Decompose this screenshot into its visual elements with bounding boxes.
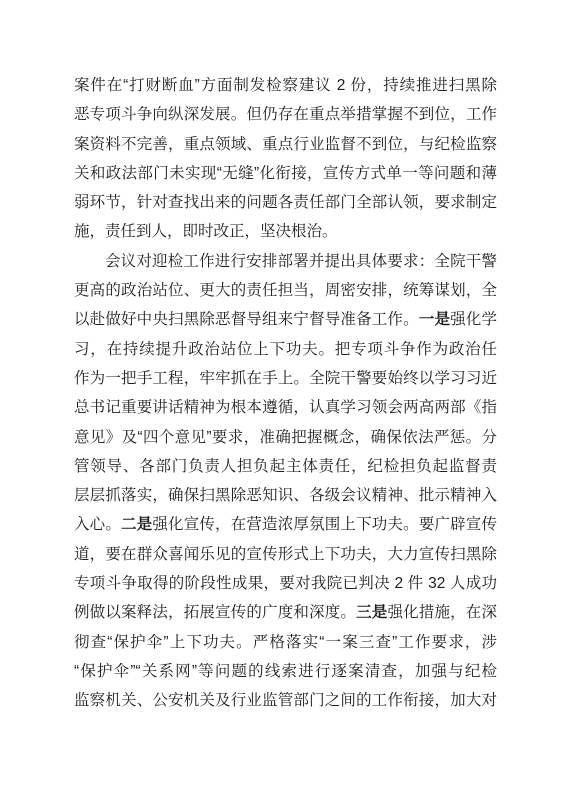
text-segment: 强化学 bbox=[450, 311, 497, 328]
text-line-21: “保护伞”“关系网”等问题的线索进行逐案清查，加强与纪检 bbox=[74, 657, 497, 686]
text-segment: 会议对迎检工作进行安排部署并提出具体要求：全院干警以 bbox=[105, 253, 497, 276]
text-segment: 道，要在群众喜闻乐见的宣传形式上下功夫，大力宣传扫黑除恶 bbox=[74, 546, 497, 569]
text-segment: 例做以案释法，拓展宣传的广度和深度。 bbox=[74, 604, 356, 621]
text-segment: 关和政法部门未实现“无缝”化衔接，宣传方式单一等问题和薄 bbox=[74, 165, 497, 182]
text-line-5: 弱环节，针对查找出来的问题各责任部门全部认领，要求制定措 bbox=[74, 188, 497, 217]
text-segment: “保护伞”“关系网”等问题的线索进行逐案清查，加强与纪检 bbox=[74, 663, 497, 680]
text-line-8: 更高的政治站位、更大的责任担当，周密安排，统筹谋划，全力 bbox=[74, 276, 497, 305]
text-line-16: 入心。二是强化宣传，在营造浓厚氛围上下功夫。要广辟宣传渠 bbox=[74, 510, 497, 539]
bold-text-segment: 三是 bbox=[356, 604, 387, 621]
text-line-10: 习，在持续提升政治站位上下功夫。把专项斗争作为政治任务， bbox=[74, 335, 497, 364]
text-line-14: 管领导、各部门负责人担负起主体责任，纪检担负起监督责任， bbox=[74, 452, 497, 481]
text-line-13: 意见》及“四个意见”要求，准确把握概念，确保依法严惩。分 bbox=[74, 423, 497, 452]
text-segment: 案件在“打财断血”方面制发检察建议 2 份，持续推进扫黑除 bbox=[74, 77, 497, 94]
text-line-9: 以赴做好中央扫黑除恶督导组来宁督导准备工作。一是强化学 bbox=[74, 305, 497, 334]
text-line-20: 彻查“保护伞”上下功夫。严格落实“一案三查”工作要求，涉 bbox=[74, 628, 497, 657]
text-segment: 彻查“保护伞”上下功夫。严格落实“一案三查”工作要求，涉 bbox=[74, 634, 497, 651]
text-segment: 总书记重要讲话精神为根本遵循，认真学习领会两高两部《指导 bbox=[74, 399, 497, 422]
text-segment: 作为一把手工程，牢牢抓在手上。全院干警要始终以学习习近平 bbox=[74, 370, 497, 393]
text-line-19: 例做以案释法，拓展宣传的广度和深度。三是强化措施，在深挖 bbox=[74, 598, 497, 627]
document-page: 案件在“打财断血”方面制发检察建议 2 份，持续推进扫黑除恶专项斗争向纵深发展。… bbox=[0, 0, 565, 800]
text-segment: 案资料不完善，重点领域、重点行业监督不到位，与纪检监察机 bbox=[74, 136, 497, 159]
text-line-1: 案件在“打财断血”方面制发检察建议 2 份，持续推进扫黑除 bbox=[74, 71, 497, 100]
text-segment: 弱环节，针对查找出来的问题各责任部门全部认领，要求制定措 bbox=[74, 194, 497, 217]
document-text-block: 案件在“打财断血”方面制发检察建议 2 份，持续推进扫黑除恶专项斗争向纵深发展。… bbox=[74, 71, 497, 716]
text-line-6: 施，责任到人，即时改正，坚决根治。 bbox=[74, 217, 497, 246]
text-segment: 恶专项斗争向纵深发展。但仍存在重点举措掌握不到位，工作档 bbox=[74, 106, 497, 129]
text-line-3: 案资料不完善，重点领域、重点行业监督不到位，与纪检监察机 bbox=[74, 130, 497, 159]
text-line-2: 恶专项斗争向纵深发展。但仍存在重点举措掌握不到位，工作档 bbox=[74, 100, 497, 129]
bold-text-segment: 一是 bbox=[419, 311, 450, 328]
text-segment: 习，在持续提升政治站位上下功夫。把专项斗争作为政治任务， bbox=[74, 341, 497, 364]
text-line-17: 道，要在群众喜闻乐见的宣传形式上下功夫，大力宣传扫黑除恶 bbox=[74, 540, 497, 569]
text-segment: 监察机关、公安机关及行业监管部门之间的工作衔接，加大对黑 bbox=[74, 692, 497, 715]
text-segment: 更高的政治站位、更大的责任担当，周密安排，统筹谋划，全力 bbox=[74, 282, 497, 305]
bold-text-segment: 二是 bbox=[121, 516, 152, 533]
text-segment: 管领导、各部门负责人担负起主体责任，纪检担负起监督责任， bbox=[74, 458, 497, 481]
text-line-15: 层层抓落实，确保扫黑除恶知识、各级会议精神、批示精神入脑 bbox=[74, 481, 497, 510]
text-segment: 专项斗争取得的阶段性成果，要对我院已判决 2 件 32 人成功案 bbox=[74, 575, 497, 598]
text-line-11: 作为一把手工程，牢牢抓在手上。全院干警要始终以学习习近平 bbox=[74, 364, 497, 393]
text-segment: 意见》及“四个意见”要求，准确把握概念，确保依法严惩。分 bbox=[74, 429, 497, 446]
text-line-18: 专项斗争取得的阶段性成果，要对我院已判决 2 件 32 人成功案 bbox=[74, 569, 497, 598]
text-segment: 施，责任到人，即时改正，坚决根治。 bbox=[74, 223, 338, 240]
text-segment: 以赴做好中央扫黑除恶督导组来宁督导准备工作。 bbox=[74, 311, 419, 328]
text-line-12: 总书记重要讲话精神为根本遵循，认真学习领会两高两部《指导 bbox=[74, 393, 497, 422]
text-segment: 层层抓落实，确保扫黑除恶知识、各级会议精神、批示精神入脑 bbox=[74, 487, 497, 510]
text-segment: 入心。 bbox=[74, 516, 121, 533]
text-line-7: 会议对迎检工作进行安排部署并提出具体要求：全院干警以 bbox=[74, 247, 497, 276]
text-line-4: 关和政法部门未实现“无缝”化衔接，宣传方式单一等问题和薄 bbox=[74, 159, 497, 188]
text-line-22: 监察机关、公安机关及行业监管部门之间的工作衔接，加大对黑 bbox=[74, 686, 497, 715]
